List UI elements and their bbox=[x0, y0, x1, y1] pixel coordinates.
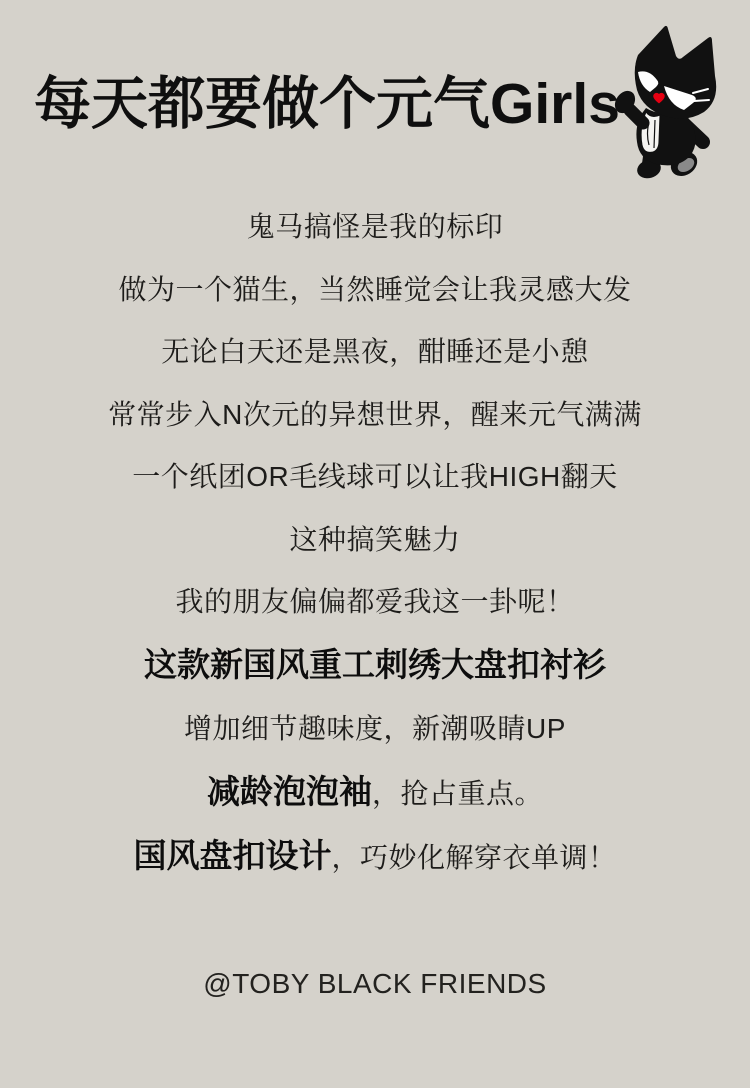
text-segment: 这种搞笑魅力 bbox=[289, 524, 460, 555]
text-segment: 做为一个猫生，当然睡觉会让我灵感大发 bbox=[118, 274, 631, 305]
cat-raised-arm bbox=[630, 110, 643, 123]
description-line: 一个纸团OR毛线球可以让我HIGH翻天 bbox=[0, 446, 750, 509]
emphasized-text-segment: 这款新国风重工刺绣大盘扣衬衫 bbox=[144, 646, 606, 683]
description-line: 增加细节趣味度，新潮吸睛UP bbox=[0, 698, 750, 761]
description-line: 减龄泡泡袖，抢占重点。 bbox=[0, 761, 750, 826]
emphasized-text-segment: 国风盘扣设计 bbox=[133, 837, 331, 874]
brand-credit: @TOBY BLACK FRIENDS bbox=[0, 966, 750, 1002]
text-segment: ，抢占重点。 bbox=[372, 778, 543, 809]
text-segment: 常常步入N次元的异想世界，醒来元气满满 bbox=[108, 399, 642, 430]
description-line: 常常步入N次元的异想世界，醒来元气满满 bbox=[0, 384, 750, 447]
text-segment: 鬼马搞怪是我的标印 bbox=[247, 211, 504, 242]
description-lines: 鬼马搞怪是我的标印做为一个猫生，当然睡觉会让我灵感大发无论白天还是黑夜，酣睡还是… bbox=[0, 196, 750, 890]
description-line: 鬼马搞怪是我的标印 bbox=[0, 196, 750, 259]
description-line: 我的朋友偏偏都爱我这一卦呢！ bbox=[0, 571, 750, 634]
tmall-cat-icon bbox=[580, 10, 750, 210]
text-segment: 无论白天还是黑夜，酣睡还是小憩 bbox=[161, 336, 589, 367]
emphasized-text-segment: 减龄泡泡袖 bbox=[207, 773, 372, 810]
page-title: 每天都要做个元气Girls bbox=[34, 72, 620, 136]
description-line: 这种搞笑魅力 bbox=[0, 509, 750, 572]
text-segment: ，巧妙化解穿衣单调！ bbox=[331, 842, 616, 873]
text-segment: 我的朋友偏偏都爱我这一卦呢！ bbox=[175, 586, 574, 617]
description-line: 做为一个猫生，当然睡觉会让我灵感大发 bbox=[0, 259, 750, 322]
text-segment: 增加细节趣味度，新潮吸睛UP bbox=[184, 713, 566, 744]
description-line: 无论白天还是黑夜，酣睡还是小憩 bbox=[0, 321, 750, 384]
description-line: 国风盘扣设计，巧妙化解穿衣单调！ bbox=[0, 825, 750, 890]
description-line: 这款新国风重工刺绣大盘扣衬衫 bbox=[0, 634, 750, 699]
text-segment: 一个纸团OR毛线球可以让我HIGH翻天 bbox=[132, 461, 618, 492]
